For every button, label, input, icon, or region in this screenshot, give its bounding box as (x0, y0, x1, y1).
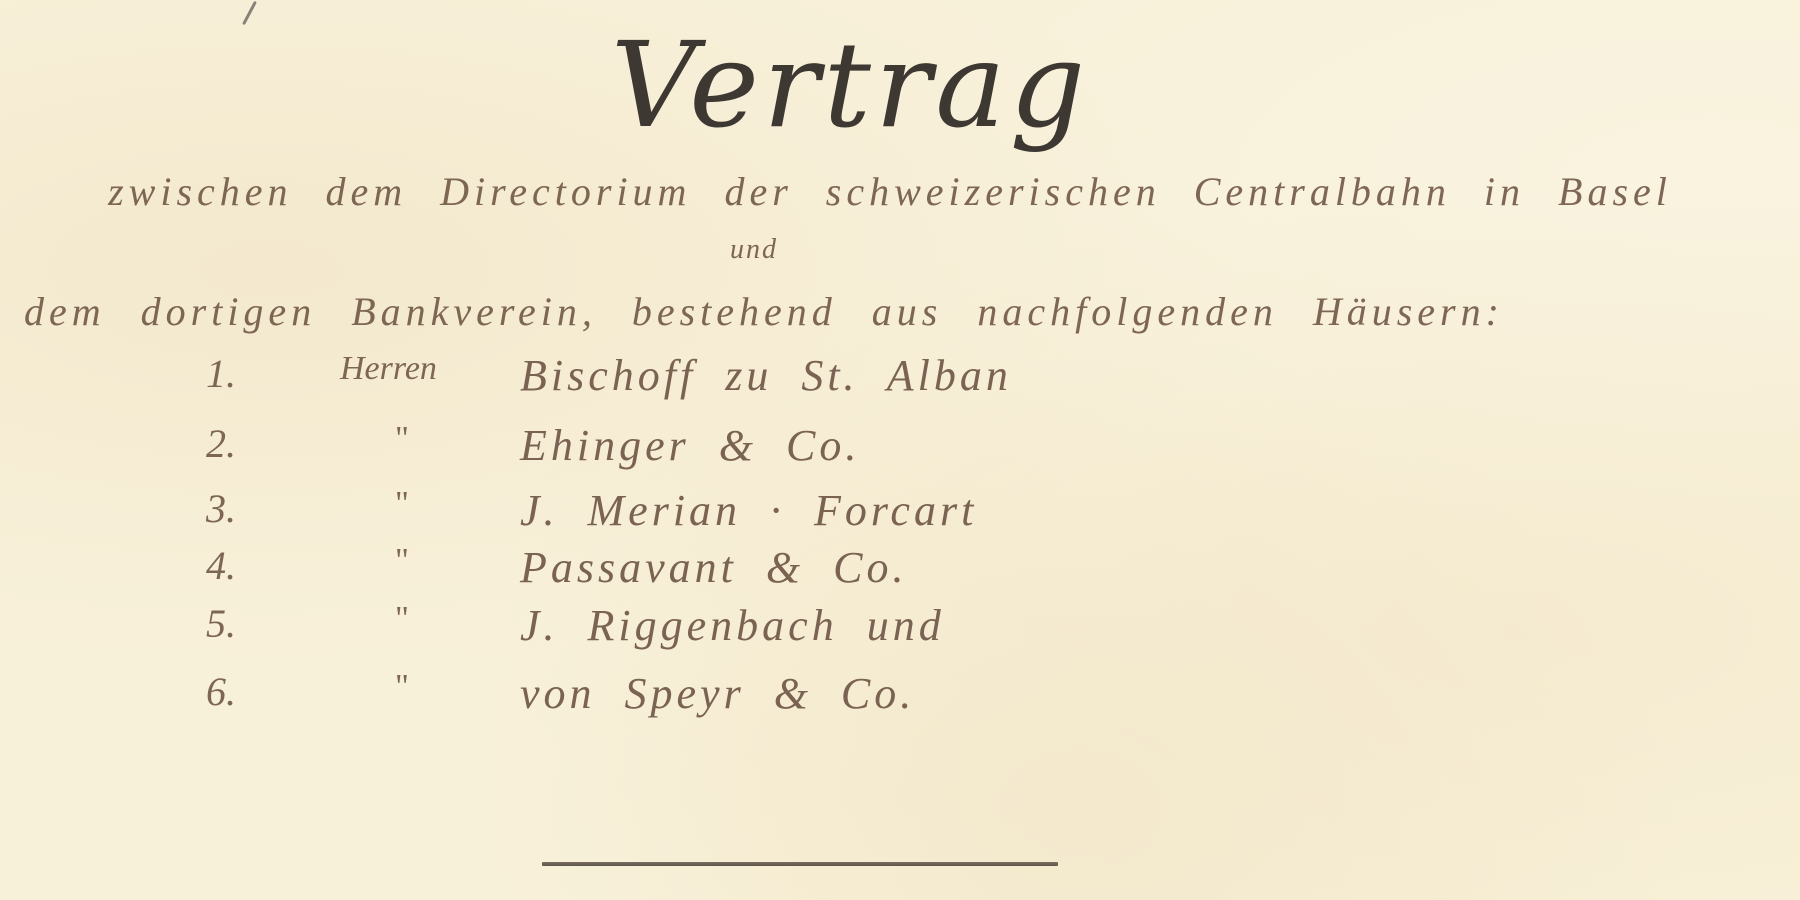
list-item: 1. Herren Bischoff zu St. Alban (0, 350, 1800, 410)
item-prefix: Herren (340, 350, 437, 388)
ditto-mark: " (395, 600, 409, 638)
item-number: 2. (206, 420, 236, 467)
house-name: von Speyr & Co. (520, 668, 915, 719)
list-item: 4. " Passavant & Co. (0, 542, 1800, 602)
item-number: 5. (206, 600, 236, 647)
list-item: 2. " Ehinger & Co. (0, 420, 1800, 480)
house-name: Ehinger & Co. (520, 420, 860, 471)
ditto-mark: " (395, 668, 409, 706)
bank-house-list: 1. Herren Bischoff zu St. Alban 2. " Ehi… (0, 0, 1800, 900)
item-number: 4. (206, 542, 236, 589)
list-item: 6. " von Speyr & Co. (0, 668, 1800, 728)
item-number: 1. (206, 350, 236, 397)
closing-rule-divider (542, 862, 1058, 866)
house-name: Bischoff zu St. Alban (520, 350, 1012, 401)
house-name: J. Riggenbach und (520, 600, 945, 651)
item-number: 6. (206, 668, 236, 715)
manuscript-page: Vertrag zwischen dem Directorium der sch… (0, 0, 1800, 900)
list-item: 3. " J. Merian · Forcart (0, 485, 1800, 545)
ditto-mark: " (395, 542, 409, 580)
ditto-mark: " (395, 485, 409, 523)
list-item: 5. " J. Riggenbach und (0, 600, 1800, 660)
house-name: J. Merian · Forcart (520, 485, 977, 536)
ditto-mark: " (395, 420, 409, 458)
item-number: 3. (206, 485, 236, 532)
house-name: Passavant & Co. (520, 542, 907, 593)
